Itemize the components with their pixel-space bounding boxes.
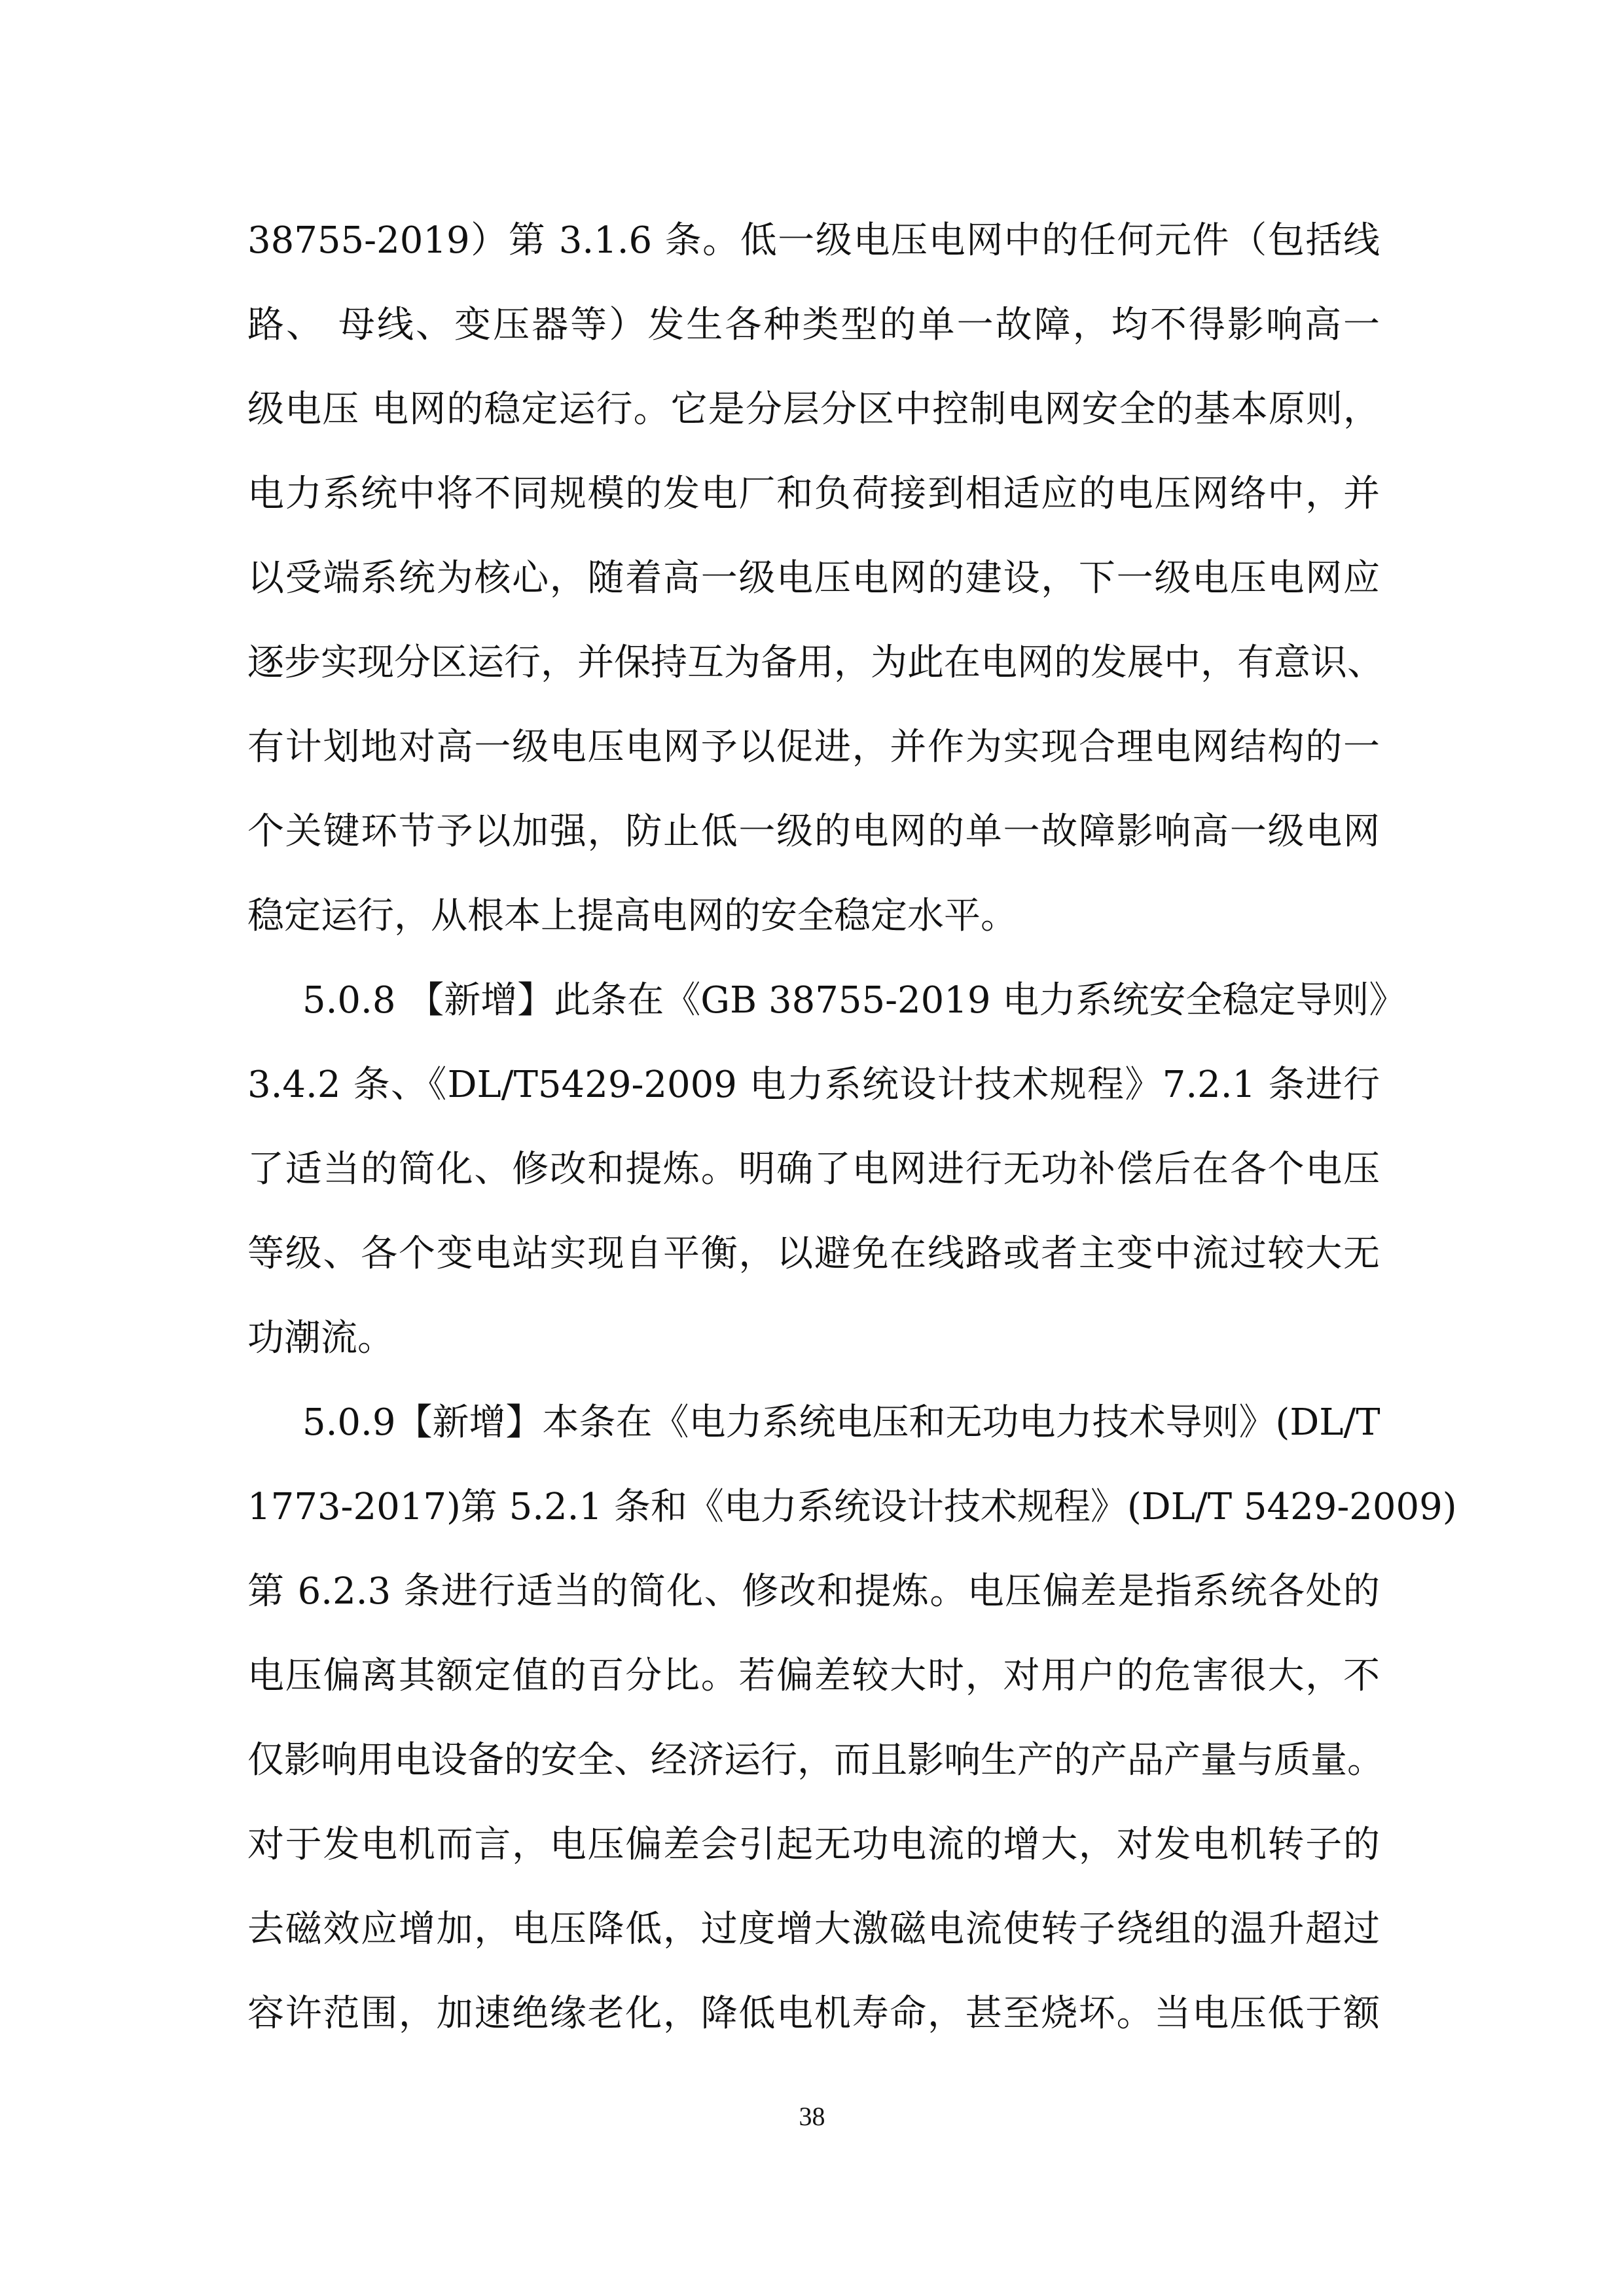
text-line: 1773-2017)第 5.2.1 条和《电力系统设计技术规程》(DL/T 54… xyxy=(247,1484,1380,1531)
text-line: 稳定运行，从根本上提高电网的安全稳定水平。 xyxy=(247,893,1380,940)
text-line: 对于发电机而言，电压偏差会引起无功电流的增大，对发电机转子的 xyxy=(247,1821,1380,1869)
text-line: 了适当的简化、修改和提炼。明确了电网进行无功补偿后在各个电压 xyxy=(247,1146,1380,1193)
text-line: 38755-2019）第 3.1.6 条。低一级电压电网中的任何元件（包括线 xyxy=(247,217,1380,264)
text-line: 功潮流。 xyxy=(247,1315,1380,1362)
text-line: 电力系统中将不同规模的发电厂和负荷接到相适应的电压网络中，并 xyxy=(247,471,1380,518)
text-line: 第 6.2.3 条进行适当的简化、修改和提炼。电压偏差是指系统各处的 xyxy=(247,1568,1380,1615)
text-line: 路、 母线、变压器等）发生各种类型的单一故障，均不得影响高一 xyxy=(247,302,1380,349)
text-line: 5.0.8 【新增】此条在《GB 38755-2019 电力系统安全稳定导则》 xyxy=(302,977,1380,1024)
text-line: 仅影响用电设备的安全、经济运行，而且影响生产的产品产量与质量。 xyxy=(247,1737,1380,1784)
text-line: 个关键环节予以加强，防止低一级的电网的单一故障影响高一级电网 xyxy=(247,808,1380,855)
text-line: 等级、各个变电站实现自平衡，以避免在线路或者主变中流过较大无 xyxy=(247,1230,1380,1278)
text-line: 级电压 电网的稳定运行。它是分层分区中控制电网安全的基本原则， xyxy=(247,386,1380,433)
page-number: 38 xyxy=(0,2101,1624,2132)
text-line: 以受端系统为核心，随着高一级电压电网的建设，下一级电压电网应 xyxy=(247,555,1380,602)
text-line: 3.4.2 条、《DL/T5429-2009 电力系统设计技术规程》7.2.1 … xyxy=(247,1062,1380,1109)
text-line: 逐步实现分区运行，并保持互为备用，为此在电网的发展中，有意识、 xyxy=(247,639,1380,687)
text-line: 电压偏离其额定值的百分比。若偏差较大时，对用户的危害很大，不 xyxy=(247,1653,1380,1700)
text-line: 有计划地对高一级电压电网予以促进，并作为实现合理电网结构的一 xyxy=(247,724,1380,771)
text-line: 5.0.9【新增】本条在《电力系统电压和无功电力技术导则》(DL/T xyxy=(302,1399,1380,1446)
document-page: 38755-2019）第 3.1.6 条。低一级电压电网中的任何元件（包括线 路… xyxy=(0,0,1624,2296)
text-line: 容许范围，加速绝缘老化，降低电机寿命，甚至烧坏。当电压低于额 xyxy=(247,1990,1380,2037)
text-line: 去磁效应增加，电压降低，过度增大激磁电流使转子绕组的温升超过 xyxy=(247,1906,1380,1953)
